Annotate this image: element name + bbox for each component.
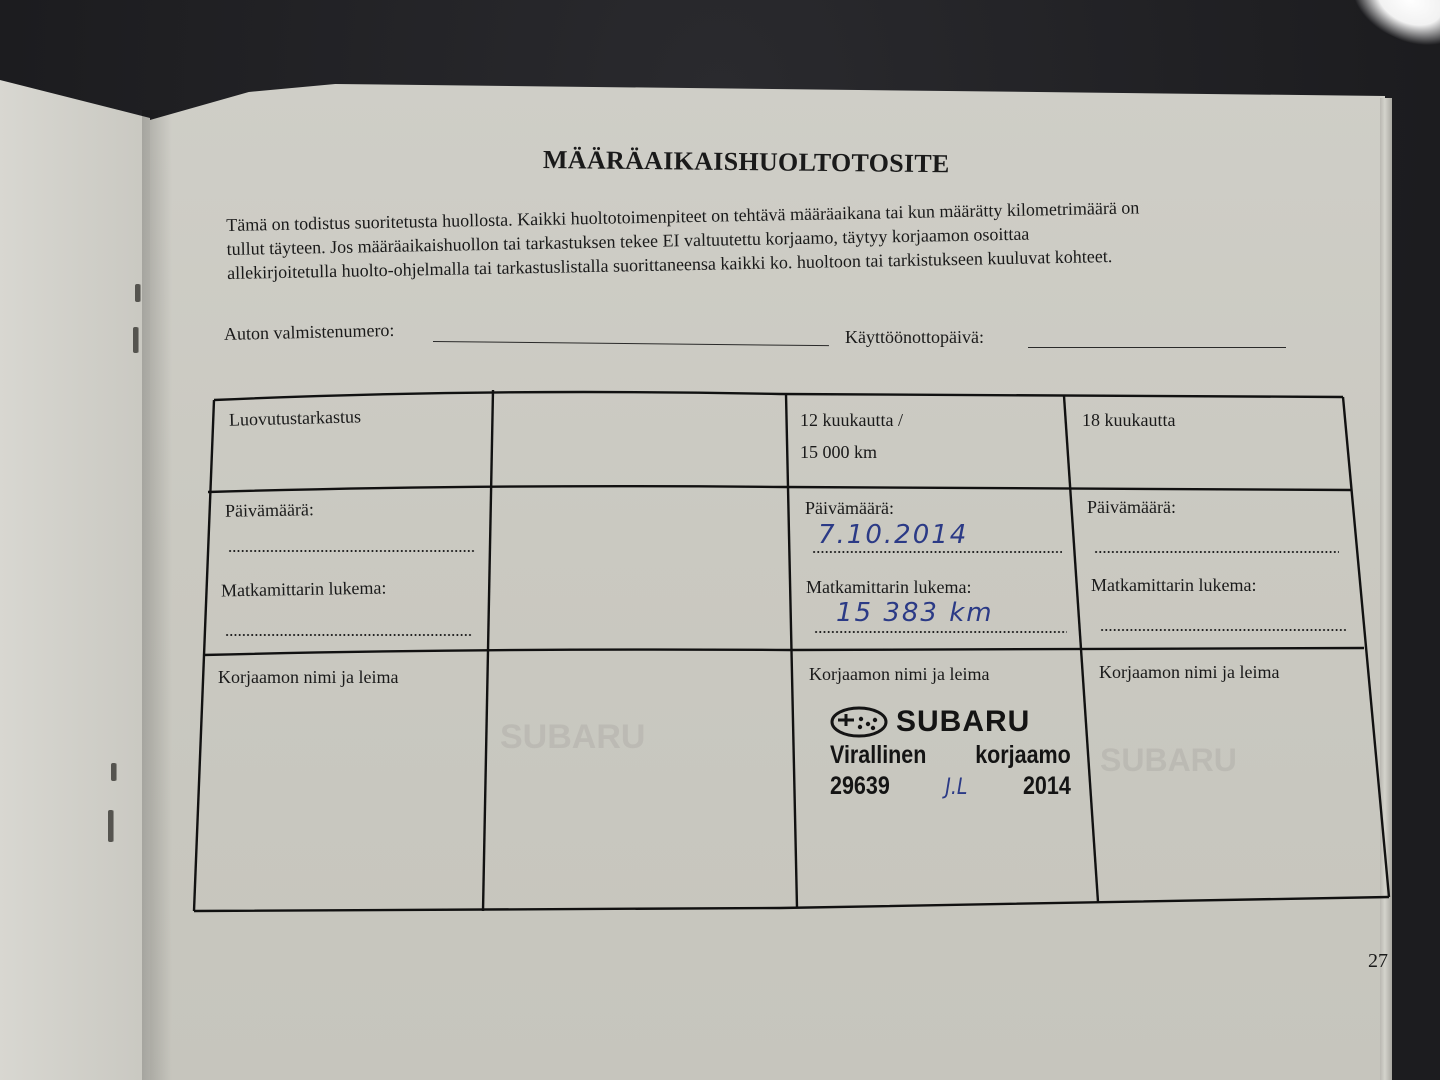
col4-odometer-field[interactable] [1100,629,1346,631]
col4-workshop-label: Korjaamon nimi ja leima [1099,662,1279,683]
stamp-brand-text: SUBARU [896,705,1030,739]
col3-date-field [812,551,1062,553]
document: MÄÄRÄAIKAISHUOLTOTOSITE Tämä on todistus… [0,0,1440,1080]
col4-date-label: Päivämäärä: [1087,497,1176,518]
col3-odometer-label: Matkamittarin lukema: [806,577,971,598]
col3-header: 12 kuukautta / [800,410,903,431]
subaru-logo-icon [830,706,888,738]
col3-workshop-label: Korjaamon nimi ja leima [809,664,989,685]
col1-header: Luovutustarkastus [229,406,362,430]
col3-odometer-field [814,631,1067,633]
stamp-text: Virallinen [830,741,926,770]
col4-header: 18 kuukautta [1082,410,1175,431]
show-through-stamp: SUBARU [1100,742,1237,779]
col3-date-label: Päivämäärä: [805,498,894,519]
col3-date-value[interactable]: 7.10.2014 [818,520,968,550]
stamp-initials: J.L [945,775,967,800]
page-number: 27 [1368,950,1388,973]
stamp-text: korjaamo [975,741,1071,770]
col1-date-field[interactable] [228,550,475,552]
col1-odometer-label: Matkamittarin lukema: [221,578,387,602]
stamp-brand: SUBARU [830,705,1075,739]
show-through-stamp: SUBARU [500,718,645,757]
stamp-year: 2014 [1023,772,1071,801]
col1-odometer-field[interactable] [225,634,473,636]
col3-header-line2: 15 000 km [800,442,877,463]
col4-date-field[interactable] [1094,551,1339,553]
stamp-line: 29639 J.L 2014 [830,772,1071,801]
col1-workshop-label: Korjaamon nimi ja leima [218,667,398,688]
col3-odometer-value[interactable]: 15 383 km [836,598,994,628]
col1-date-label: Päivämäärä: [225,499,314,522]
workshop-stamp: SUBARU Virallinen korjaamo 29639 J.L 201… [830,705,1075,801]
stamp-number: 29639 [830,772,890,801]
service-table-grid [0,0,1440,1080]
stamp-line: Virallinen korjaamo [830,741,1071,770]
photo-scene: MÄÄRÄAIKAISHUOLTOTOSITE Tämä on todistus… [0,0,1440,1080]
col4-odometer-label: Matkamittarin lukema: [1091,575,1256,596]
